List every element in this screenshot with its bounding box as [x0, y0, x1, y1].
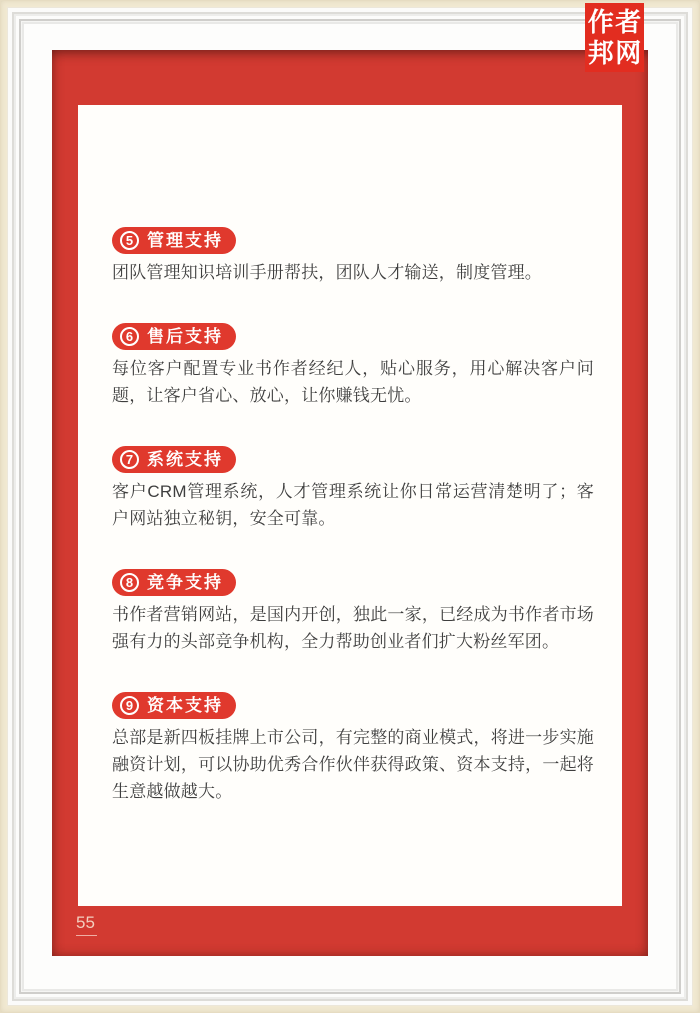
circled-number-icon: 9 — [120, 696, 139, 715]
section-badge: 8 竞争支持 — [112, 569, 236, 596]
section-title: 系统支持 — [147, 451, 223, 469]
stamp-char: 作 — [588, 9, 614, 35]
section-title: 资本支持 — [147, 697, 223, 715]
section-management-support: 5 管理支持 团队管理知识培训手册帮扶，团队人才输送，制度管理。 — [112, 227, 594, 286]
circled-number-icon: 7 — [120, 450, 139, 469]
document-page: 5 管理支持 团队管理知识培训手册帮扶，团队人才输送，制度管理。 6 售后支持 … — [0, 0, 700, 1013]
section-body: 总部是新四板挂牌上市公司，有完整的商业模式，将进一步实施融资计划，可以协助优秀合… — [112, 724, 594, 805]
section-body: 每位客户配置专业书作者经纪人，贴心服务，用心解决客户问题，让客户省心、放心，让你… — [112, 355, 594, 409]
section-badge: 9 资本支持 — [112, 692, 236, 719]
section-badge: 5 管理支持 — [112, 227, 236, 254]
red-mat-border: 5 管理支持 团队管理知识培训手册帮扶，团队人才输送，制度管理。 6 售后支持 … — [52, 50, 648, 956]
section-title: 售后支持 — [147, 328, 223, 346]
section-badge: 7 系统支持 — [112, 446, 236, 473]
circled-number-icon: 6 — [120, 327, 139, 346]
section-body: 客户CRM管理系统，人才管理系统让你日常运营清楚明了；客户网站独立秘钥，安全可靠… — [112, 478, 594, 532]
section-competition-support: 8 竞争支持 书作者营销网站，是国内开创，独此一家，已经成为书作者市场强有力的头… — [112, 569, 594, 655]
page-number: 55 — [76, 914, 97, 936]
section-body: 团队管理知识培训手册帮扶，团队人才输送，制度管理。 — [112, 259, 594, 286]
section-title: 管理支持 — [147, 232, 223, 250]
stamp-char: 者 — [615, 9, 641, 35]
stamp-char: 网 — [615, 40, 641, 66]
brand-stamp-logo: 作 者 邦 网 — [585, 3, 644, 72]
section-system-support: 7 系统支持 客户CRM管理系统，人才管理系统让你日常运营清楚明了；客户网站独立… — [112, 446, 594, 532]
section-capital-support: 9 资本支持 总部是新四板挂牌上市公司，有完整的商业模式，将进一步实施融资计划，… — [112, 692, 594, 805]
section-aftersales-support: 6 售后支持 每位客户配置专业书作者经纪人，贴心服务，用心解决客户问题，让客户省… — [112, 323, 594, 409]
section-badge: 6 售后支持 — [112, 323, 236, 350]
page-content: 5 管理支持 团队管理知识培训手册帮扶，团队人才输送，制度管理。 6 售后支持 … — [78, 105, 622, 906]
circled-number-icon: 5 — [120, 231, 139, 250]
section-title: 竞争支持 — [147, 574, 223, 592]
circled-number-icon: 8 — [120, 573, 139, 592]
stamp-char: 邦 — [588, 40, 614, 66]
section-body: 书作者营销网站，是国内开创，独此一家，已经成为书作者市场强有力的头部竞争机构，全… — [112, 601, 594, 655]
